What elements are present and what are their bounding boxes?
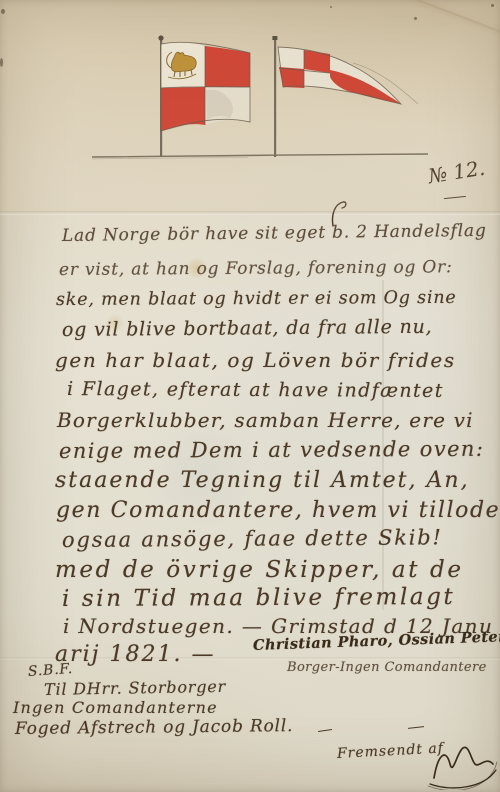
handwriting-line: i sin Tid maa blive fremlagt — [62, 584, 455, 612]
letter-page: № 12. Lad Norge bör have sit eget b. 2 H… — [0, 0, 500, 792]
paper-speck — [1, 9, 5, 14]
handwriting-line: ske, men blaat og hvidt er ei som Og sin… — [56, 288, 457, 310]
flagpole-right — [274, 40, 276, 157]
ink-tick — [408, 726, 424, 729]
signature-flourish-icon — [426, 736, 498, 790]
document-number-flourish — [444, 196, 466, 201]
flagpole-right-finial — [272, 36, 277, 40]
flag-quarter-red-bottom — [161, 87, 205, 131]
handwriting-line: arij 1821. — — [55, 642, 215, 667]
paper-speck — [330, 6, 332, 8]
checkered-pennant-flag — [278, 47, 418, 104]
paper-speck — [491, 4, 494, 7]
paper-speck — [414, 17, 417, 20]
ground-line — [92, 154, 428, 157]
flagpole-left-finial — [158, 35, 163, 40]
flag-quarter-red-top — [205, 46, 250, 87]
paper-speck — [0, 58, 3, 67]
handwriting-line: er vist, at han og Forslag, forening og … — [59, 257, 453, 280]
handwriting-line: Lad Norge bör have sit eget b. 2 Handels… — [62, 221, 487, 246]
handwriting-line: enige med Dem i at vedsende oven: — [59, 437, 484, 463]
handwriting-line: staaende Tegning til Amtet, An, — [55, 468, 470, 493]
handwriting-line: med de övrige Skipper, at de — [55, 557, 464, 583]
flags-drawing — [88, 28, 432, 164]
handwriting-line: Borgerklubber, samban Herre, ere vi — [57, 408, 474, 432]
handwriting-line: ogsaa ansöge, faae dette Skib! — [62, 525, 443, 552]
handwriting-line: gen Comandantere, hvem vi tillode — [56, 498, 500, 523]
address-line: Ingen Comandanterne — [13, 698, 218, 717]
handwriting-line: og vil blive bortbaat, da fra alle nu, — [62, 316, 433, 341]
paper-crease-horizontal — [0, 211, 500, 215]
document-number: № 12. — [426, 156, 486, 189]
pennant-check-red-tr — [304, 50, 330, 73]
address-salutation: S.B.F. — [27, 661, 73, 680]
quartered-lion-flag — [161, 42, 250, 131]
signature-title: Borger-Ingen Comandantere — [287, 660, 487, 675]
address-line: Til DHrr. Storborger — [44, 677, 226, 699]
ink-tick — [318, 729, 332, 732]
handwriting-line: i Flaget, efterat at have indfæntet — [67, 378, 444, 402]
handwriting-line: gen har blaat, og Löven bör frides — [55, 348, 456, 372]
address-line: Foged Afstrech og Jacob Roll. — [15, 716, 293, 739]
